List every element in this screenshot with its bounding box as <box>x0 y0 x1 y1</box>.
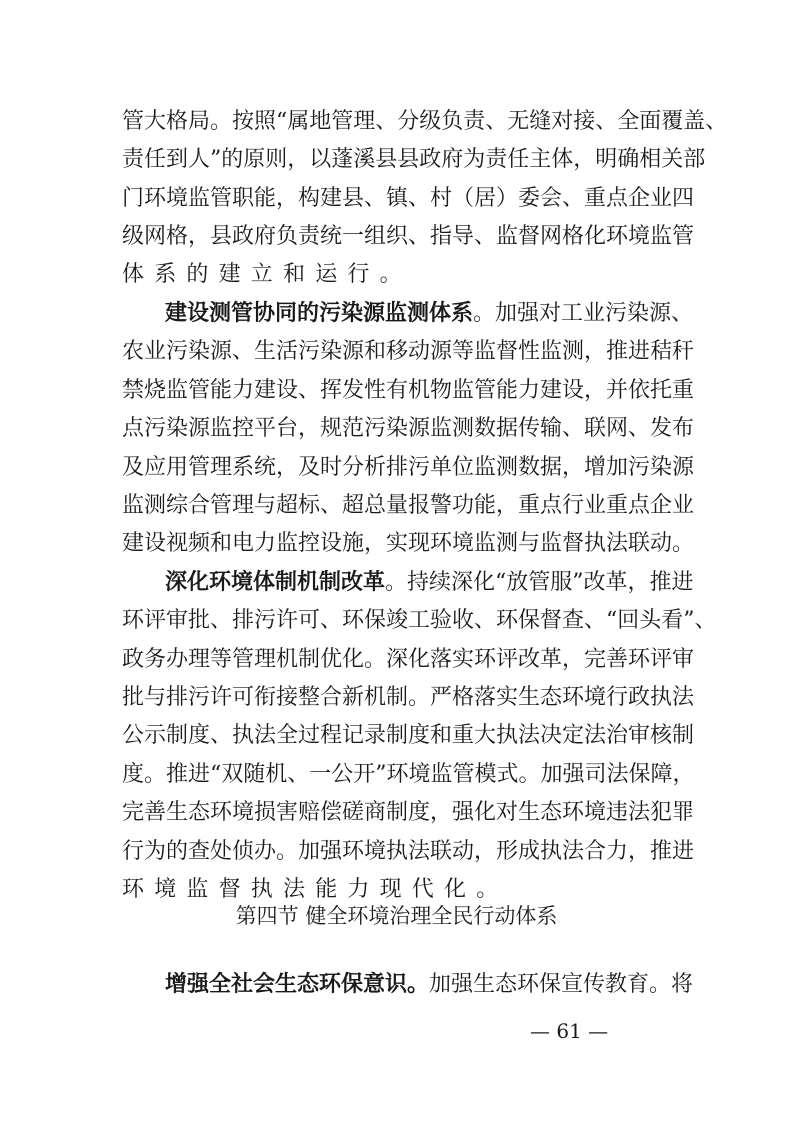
body-text-line: 建设视频和电力监控设施，实现环境监测与监督执法联动。 <box>122 528 672 560</box>
body-text-line: 体系的建立和运行。 <box>122 259 672 291</box>
page-number: — 61 — <box>530 1017 608 1045</box>
bold-lead-text: 深化环境体制机制改革 <box>165 570 385 595</box>
body-text-line: 及应用管理系统，及时分析排污单位监测数据，增加污染源 <box>122 452 672 484</box>
paragraph-first-line: 增强全社会生态环保意识。加强生态环保宣传教育。将 <box>165 969 672 1001</box>
body-text-line: 禁烧监管能力建设、挥发性有机物监管能力建设，并依托重 <box>122 375 672 407</box>
paragraph-first-line: 深化环境体制机制改革。持续深化“放管服”改革，推进 <box>165 567 672 599</box>
body-text-line: 点污染源监控平台，规范污染源监测数据传输、联网、发布 <box>122 413 672 445</box>
body-text-line: 级网格，县政府负责统一组织、指导、监督网格化环境监管 <box>122 221 672 253</box>
body-text: 。加强对工业污染源、 <box>473 301 693 326</box>
bold-lead-text: 建设测管协同的污染源监测体系 <box>165 301 473 326</box>
body-text-line: 管大格局。按照“属地管理、分级负责、无缝对接、全面覆盖、 <box>122 106 672 138</box>
section-heading: 第四节 健全环境治理全民行动体系 <box>0 900 793 932</box>
body-text: 。持续深化“放管服”改革，推进 <box>385 570 694 595</box>
body-text-line: 批与排污许可衔接整合新机制。严格落实生态环境行政执法 <box>122 682 672 714</box>
body-text-line: 行为的查处侦办。加强环境执法联动，形成执法合力，推进 <box>122 836 672 868</box>
body-text-line: 责任到人”的原则，以蓬溪县县政府为责任主体，明确相关部 <box>122 144 672 176</box>
paragraph-first-line: 建设测管协同的污染源监测体系。加强对工业污染源、 <box>165 298 672 330</box>
body-text-line: 环评审批、排污许可、环保竣工验收、环保督查、“回头看”、 <box>122 605 672 637</box>
body-text-line: 农业污染源、生活污染源和移动源等监督性监测，推进秸秆 <box>122 336 672 368</box>
bold-lead-text: 增强全社会生态环保意识。 <box>165 972 429 997</box>
body-text-line: 完善生态环境损害赔偿磋商制度，强化对生态环境违法犯罪 <box>122 797 672 829</box>
body-text-line: 公示制度、执法全过程记录制度和重大执法决定法治审核制 <box>122 720 672 752</box>
body-text-line: 度。推进“双随机、一公开”环境监管模式。加强司法保障， <box>122 759 672 791</box>
body-text-line: 监测综合管理与超标、超总量报警功能，重点行业重点企业 <box>122 490 672 522</box>
body-text-line: 政务办理等管理机制优化。深化落实环评改革，完善环评审 <box>122 644 672 676</box>
body-text-line: 门环境监管职能，构建县、镇、村（居）委会、重点企业四 <box>122 183 672 215</box>
body-text: 加强生态环保宣传教育。将 <box>429 972 693 997</box>
document-page: 管大格局。按照“属地管理、分级负责、无缝对接、全面覆盖、 责任到人”的原则，以蓬… <box>0 0 793 1122</box>
